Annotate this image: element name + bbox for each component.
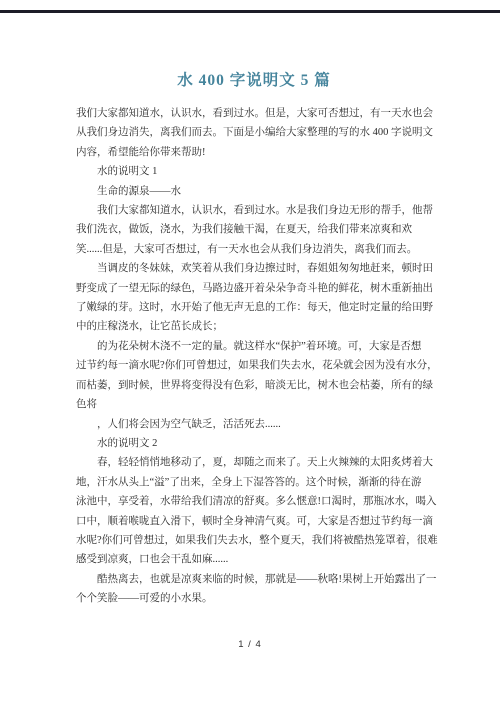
text-line: 中的庄稼浇水，让它茁长成长； — [76, 317, 432, 336]
text-line: 了嫩绿的芽。这时，水开始了他无声无息的工作：每天，他定时定量的给田野 — [76, 298, 432, 317]
text-line: 水的说明文 2 — [76, 434, 432, 453]
text-line: 水呢?你们可曾想过，如果我们失去水，整个夏天，我们将被酷热笼罩着，很难 — [76, 531, 432, 550]
text-line: ，人们将会因为空气缺乏，活活死去...... — [76, 415, 432, 434]
document-page: 水 400 字说明文 5 篇 我们大家都知道水，认识水，看到过水。但是，大家可否… — [76, 0, 432, 609]
text-line: 野变成了一望无际的绿色，马路边盛开着朵朵争奇斗艳的鲜花，树木重新抽出 — [76, 279, 432, 298]
text-line: 我们大家都知道水，认识水，看到过水。水是我们身边无形的帮手，他帮 — [76, 201, 432, 220]
text-line: 个个笑脸——可爱的小水果。 — [76, 589, 432, 608]
text-line: 水的说明文 1 — [76, 162, 432, 181]
text-line: 从我们身边消失，离我们而去。下面是小编给大家整理的写的水 400 字说明文 — [76, 123, 432, 142]
page-number: 1 / 4 — [0, 639, 500, 650]
text-line: 酷热离去，也就是凉爽来临的时候，那就是——秋咯!果树上开始露出了一 — [76, 570, 432, 589]
text-line: 过节约每一滴水呢?你们可曾想过，如果我们失去水，花朵就会因为没有水分， — [76, 356, 432, 375]
text-line: 春，轻轻悄悄地移动了，夏，却随之而来了。天上火辣辣的太阳炙烤着大 — [76, 453, 432, 472]
document-title: 水 400 字说明文 5 篇 — [76, 0, 432, 91]
text-line: 的为花朵树木浇不一定的量。就这样水“保护”着环境。可，大家是否想 — [76, 337, 432, 356]
text-line: 我们洗衣，做饭，浇水，为我们接触干渴，在夏天，给我们带来凉爽和欢 — [76, 220, 432, 239]
text-line: 口中，顺着喉咙直入滑下，顿时全身神清气爽。可，大家是否想过节约每一滴 — [76, 512, 432, 531]
text-line: 而枯萎，到时候，世界将变得没有色彩，暗淡无比，树木也会枯萎，所有的绿 — [76, 376, 432, 395]
text-line: 色将 — [76, 395, 432, 414]
text-line: 泳池中，享受着，水带给我们清凉的舒爽。多么惬意!口渴时，那瓶冰水，喝入 — [76, 492, 432, 511]
text-line: 笑......但是，大家可否想过，有一天水也会从我们身边消失，离我们而去。 — [76, 240, 432, 259]
text-line: 当调皮的冬妹妹，欢笑着从我们身边擦过时，春姐姐匆匆地赶来，顿时田 — [76, 259, 432, 278]
document-body: 我们大家都知道水，认识水，看到过水。但是，大家可否想过，有一天水也会从我们身边消… — [76, 104, 432, 609]
text-line: 生命的源泉——水 — [76, 182, 432, 201]
text-line: 内容，希望能给你带来帮助! — [76, 143, 432, 162]
text-line: 感受到凉爽，口也会干乱如麻...... — [76, 550, 432, 569]
text-line: 地，汗水从头上“溢”了出来，全身上下湿答答的。这个时候，渐渐的待在游 — [76, 473, 432, 492]
text-line: 我们大家都知道水，认识水，看到过水。但是，大家可否想过，有一天水也会 — [76, 104, 432, 123]
